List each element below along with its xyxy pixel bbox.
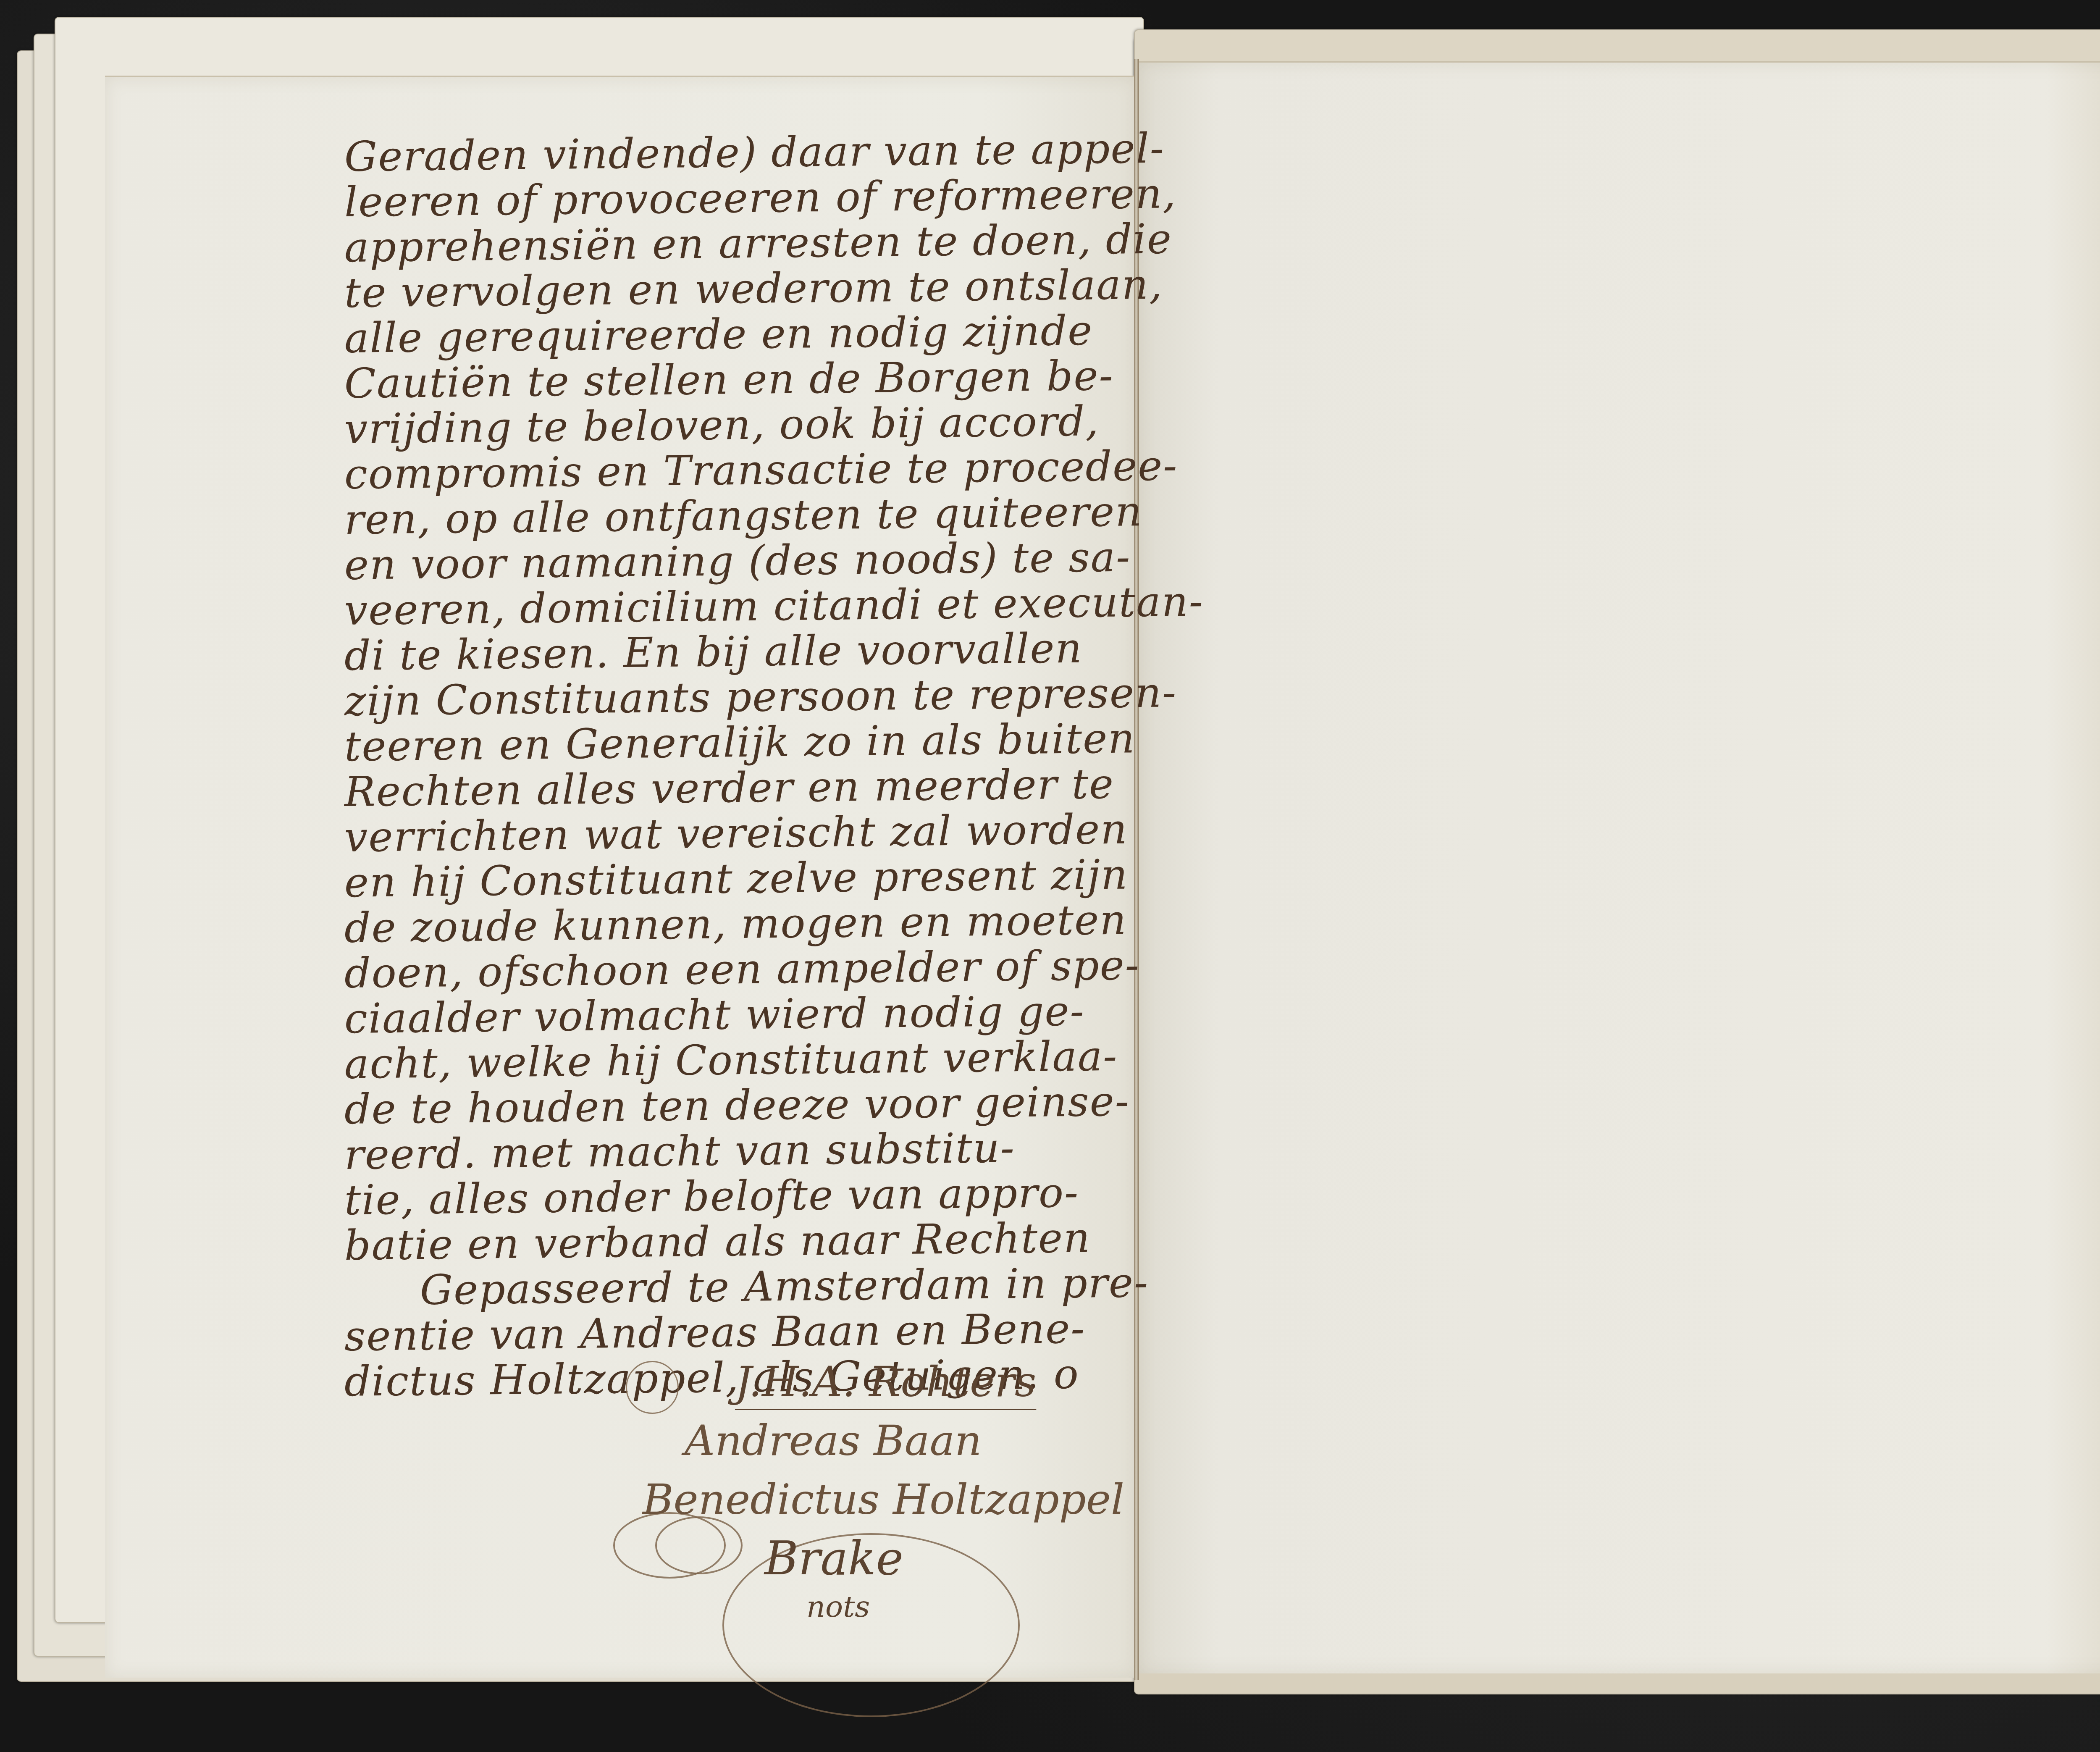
signature-benedictus-holtzappel: Benedictus Holtzappel: [609, 1470, 1134, 1529]
signature-block: J.H.A. Rohters Andreas Baan Benedictus H…: [609, 1353, 1134, 1626]
signature-notary-brake: Brake: [609, 1529, 1134, 1588]
manuscript-line: de te houden ten deeze voor geinse-: [344, 1079, 1142, 1132]
signature-rohters: J.H.A. Rohters: [609, 1353, 1134, 1411]
signature-andreas-baan: Andreas Baan: [609, 1411, 1134, 1470]
scanned-book-spread: Geraden vindende) daar van te appel- lee…: [0, 0, 2100, 1752]
handwritten-text-block: Geraden vindende) daar van te appel- lee…: [344, 134, 1142, 1405]
right-page-blank: [1138, 61, 2100, 1673]
notary-abbreviation: nots: [609, 1588, 1134, 1626]
